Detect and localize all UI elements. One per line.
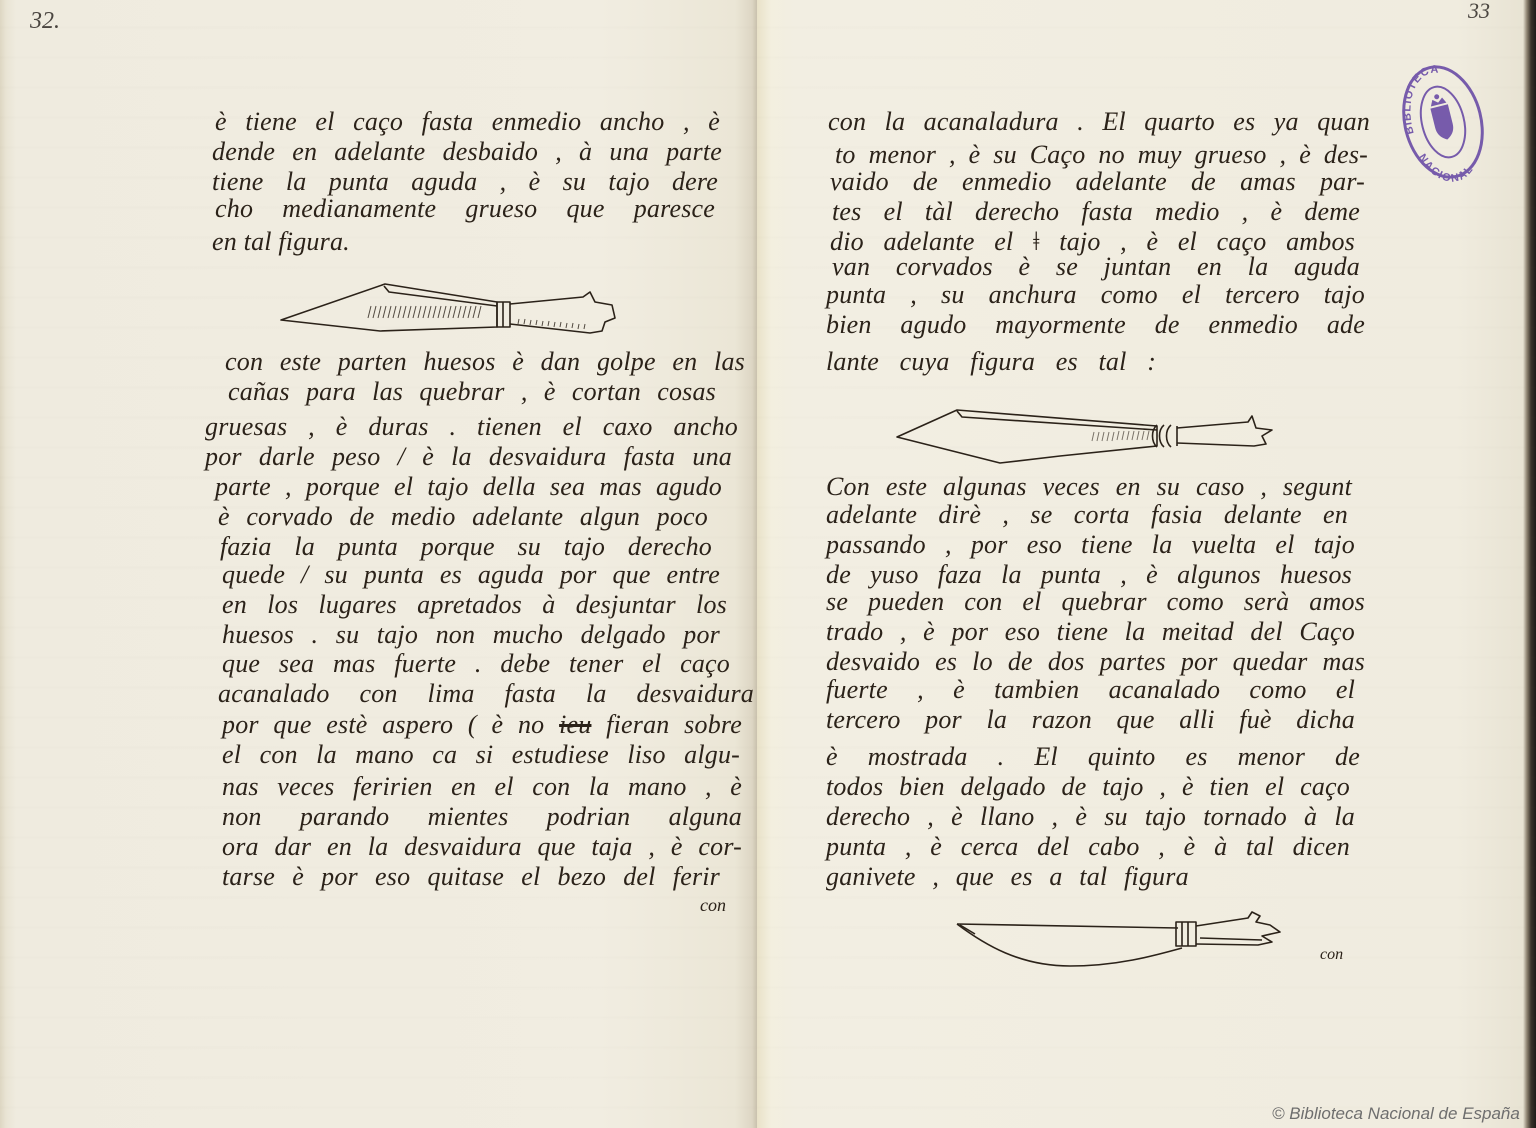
manuscript-line: fuerte , è tambien acanalado como el	[826, 675, 1355, 705]
manuscript-line: ganivete , que es a tal figura	[826, 862, 1226, 892]
copyright-notice: © Biblioteca Nacional de España	[1272, 1104, 1520, 1124]
knife-figure-2	[885, 400, 1285, 466]
manuscript-line: por que estè aspero ( è no ieu fieran so…	[222, 710, 742, 740]
manuscript-line: punta , è cerca del cabo , è à tal dicen	[826, 832, 1350, 862]
manuscript-line: nas veces feririen en el con la mano , è	[222, 772, 742, 802]
page-number-left: 32.	[30, 8, 60, 35]
manuscript-line: huesos . su tajo non mucho delgado por	[222, 620, 720, 650]
manuscript-line: quede / su punta es aguda por que entre	[222, 560, 720, 590]
manuscript-line: Con este algunas veces en su caso , segu…	[826, 472, 1352, 502]
manuscript-line: punta , su anchura como el tercero tajo	[826, 280, 1365, 310]
manuscript-line: trado , è por eso tiene la meitad del Ca…	[826, 617, 1355, 647]
manuscript-line: de yuso faza la punta , è algunos huesos	[826, 560, 1352, 590]
manuscript-line: en tal figura.	[212, 227, 512, 257]
line-text: fieran sobre	[591, 710, 742, 739]
knife-figure-1	[270, 278, 630, 340]
line-text: por que estè aspero ( è no	[222, 710, 559, 739]
manuscript-line: con este parten huesos è dan golpe en la…	[225, 347, 745, 377]
manuscript-line: vaido de enmedio adelante de amas par-	[830, 167, 1365, 197]
manuscript-line: fazia la punta porque su tajo derecho	[220, 532, 712, 562]
manuscript-line: en los lugares apretados à desjuntar los	[222, 590, 727, 620]
manuscript-line: passando , por eso tiene la vuelta el ta…	[826, 530, 1355, 560]
manuscript-line: parte , porque el tajo della sea mas agu…	[215, 472, 722, 502]
catchword: con	[700, 895, 726, 916]
manuscript-line: el con la mano ca si estudiese liso algu…	[222, 740, 740, 770]
manuscript-line: con la acanaladura . El quarto es ya qua…	[828, 107, 1370, 137]
library-stamp: BIBLIOTECA NACIONAL	[1398, 60, 1488, 184]
manuscript-line: que sea mas fuerte . debe tener el caço	[222, 649, 730, 679]
manuscript-line: todos bien delgado de tajo , è tien el c…	[826, 772, 1350, 802]
manuscript-line: derecho , è llano , è su tajo tornado à …	[826, 802, 1355, 832]
page-number-right: 33	[1468, 0, 1490, 24]
manuscript-line: desvaido es lo de dos partes por quedar …	[826, 647, 1365, 677]
manuscript-line: gruesas , è duras . tienen el caxo ancho	[205, 412, 738, 442]
manuscript-line: lante cuya figura es tal :	[826, 347, 1206, 377]
manuscript-line: tarse è por eso quitase el bezo del feri…	[222, 862, 720, 892]
svg-text:NACIONAL: NACIONAL	[1415, 141, 1479, 184]
manuscript-line: cañas para las quebrar , è cortan cosas	[228, 377, 716, 407]
stamp-bottom-text: NACIONAL	[1415, 141, 1479, 184]
manuscript-line: tercero por la razon que alli fuè dicha	[826, 705, 1355, 735]
manuscript-line: por darle peso / è la desvaidura fasta u…	[205, 442, 732, 472]
catchword: con	[1320, 946, 1343, 964]
manuscript-line: ora dar en la desvaidura que taja , è co…	[222, 832, 742, 862]
knife-figure-3	[945, 905, 1290, 975]
manuscript-line: acanalado con lima fasta la desvaidura	[218, 679, 754, 709]
manuscript-line: tiene la punta aguda , è su tajo dere	[212, 167, 718, 197]
manuscript-line: se pueden con el quebrar como serà amos	[826, 587, 1365, 617]
manuscript-line: cho medianamente grueso que paresce	[215, 194, 715, 224]
manuscript-line: è corvado de medio adelante algun poco	[218, 502, 708, 532]
manuscript-line: è tiene el caço fasta enmedio ancho , è	[215, 107, 720, 137]
manuscript-line: adelante dirè , se corta fasia delante e…	[826, 500, 1348, 530]
manuscript-line: è mostrada . El quinto es menor de	[826, 742, 1360, 772]
manuscript-line: van corvados è se juntan en la aguda	[832, 252, 1360, 282]
manuscript-line: bien agudo mayormente de enmedio ade	[826, 310, 1365, 340]
struck-word: ieu	[559, 710, 591, 739]
manuscript-line: tes el tàl derecho fasta medio , è deme	[832, 197, 1360, 227]
manuscript-line: non parando mientes podrian alguna	[222, 802, 742, 832]
manuscript-line: to menor , è su Caço no muy grueso , è d…	[835, 140, 1368, 170]
manuscript-line: dende en adelante desbaido , à una parte	[212, 137, 722, 167]
